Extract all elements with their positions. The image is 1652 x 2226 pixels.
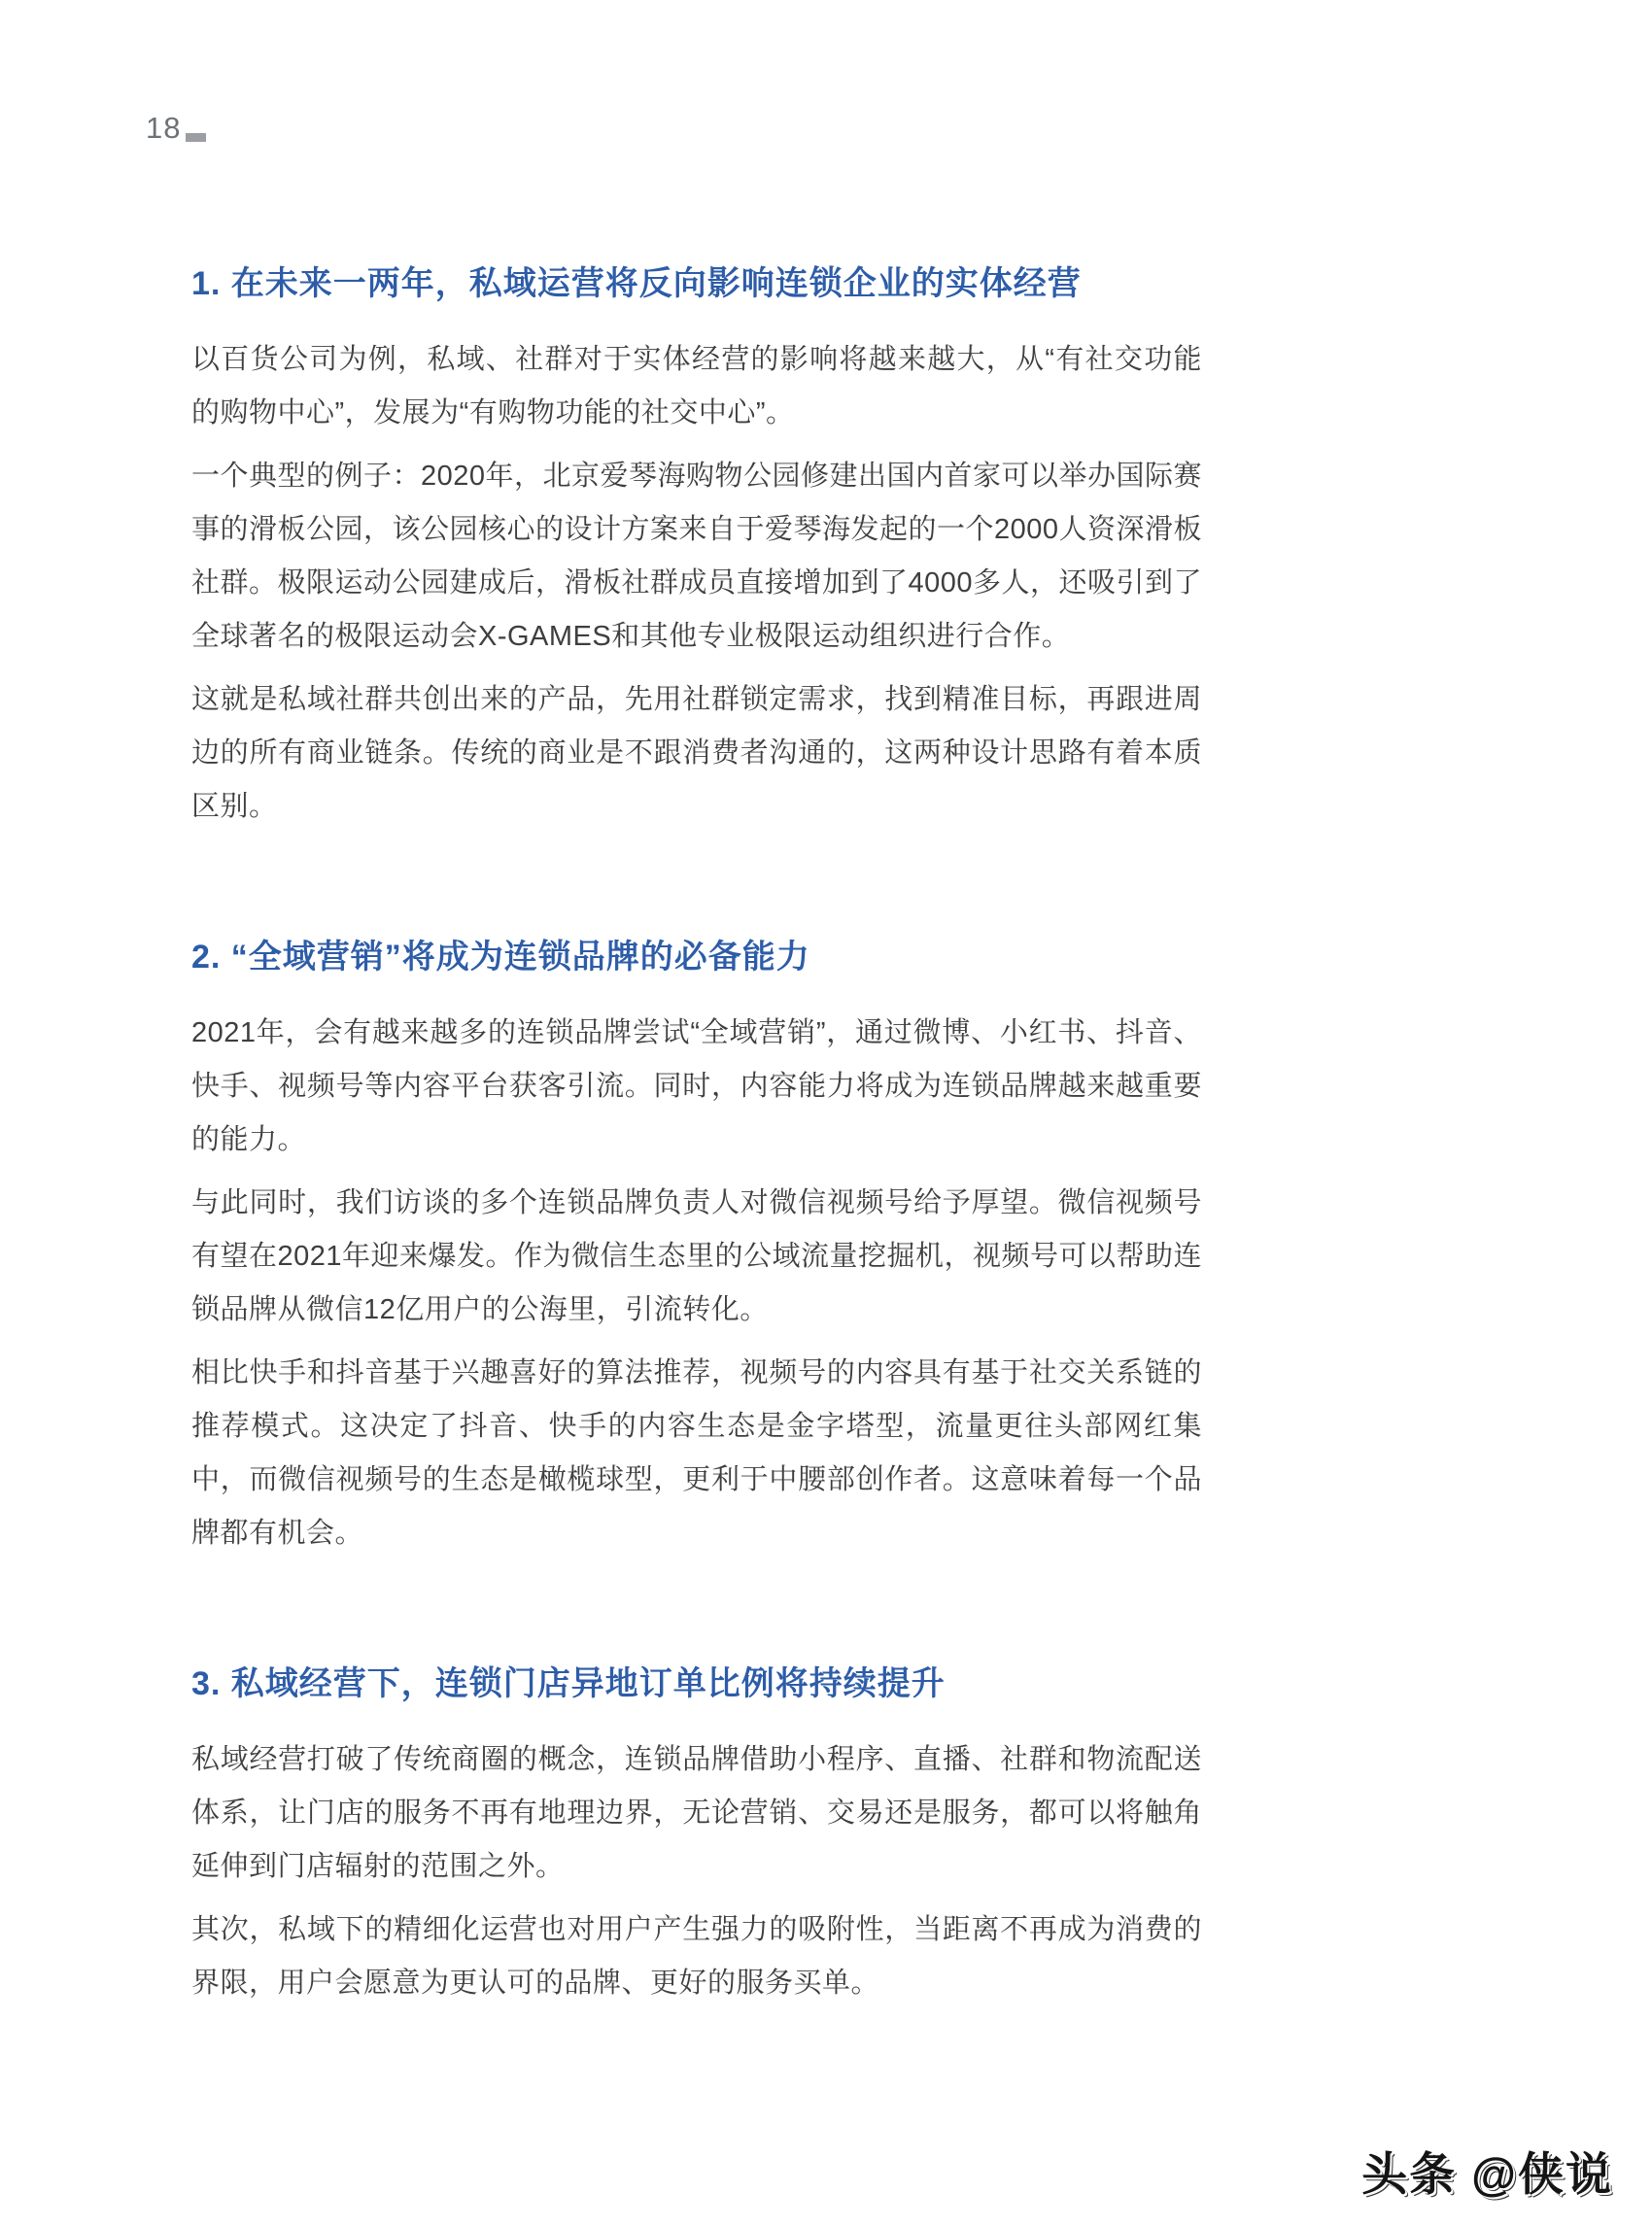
section-3-paragraph-1: 私域经营打破了传统商圈的概念，连锁品牌借助小程序、直播、社群和物流配送体系，让门… [191, 1733, 1202, 1894]
section-1-heading: 1. 在未来一两年，私域运营将反向影响连锁企业的实体经营 [191, 257, 1202, 311]
section-2-paragraph-1: 2021年，会有越来越多的连锁品牌尝试“全域营销”，通过微博、小红书、抖音、快手… [191, 1007, 1202, 1167]
section-1-paragraph-1: 以百货公司为例，私域、社群对于实体经营的影响将越来越大，从“有社交功能的购物中心… [191, 333, 1202, 440]
section-1: 1. 在未来一两年，私域运营将反向影响连锁企业的实体经营 以百货公司为例，私域、… [191, 257, 1202, 834]
section-3: 3. 私域经营下，连锁门店异地订单比例将持续提升 私域经营打破了传统商圈的概念，… [191, 1658, 1202, 2010]
document-page: 18 1. 在未来一两年，私域运营将反向影响连锁企业的实体经营 以百货公司为例，… [0, 0, 1652, 2226]
section-2-heading: 2. “全域营销”将成为连锁品牌的必备能力 [191, 931, 1202, 984]
section-2-paragraph-3: 相比快手和抖音基于兴趣喜好的算法推荐，视频号的内容具有基于社交关系链的推荐模式。… [191, 1347, 1202, 1560]
section-1-paragraph-2: 一个典型的例子：2020年，北京爱琴海购物公园修建出国内首家可以举办国际赛事的滑… [191, 450, 1202, 664]
section-2: 2. “全域营销”将成为连锁品牌的必备能力 2021年，会有越来越多的连锁品牌尝… [191, 931, 1202, 1560]
watermark-text: 头条 @侠说 [1361, 2139, 1613, 2204]
section-3-paragraph-2: 其次，私域下的精细化运营也对用户产生强力的吸附性，当距离不再成为消费的界限，用户… [191, 1903, 1202, 2010]
section-1-paragraph-3: 这就是私域社群共创出来的产品，先用社群锁定需求，找到精准目标，再跟进周边的所有商… [191, 673, 1202, 834]
page-number: 18 [146, 113, 181, 143]
section-2-paragraph-2: 与此同时，我们访谈的多个连锁品牌负责人对微信视频号给予厚望。微信视频号有望在20… [191, 1177, 1202, 1337]
section-3-heading: 3. 私域经营下，连锁门店异地订单比例将持续提升 [191, 1658, 1202, 1711]
page-content: 1. 在未来一两年，私域运营将反向影响连锁企业的实体经营 以百货公司为例，私域、… [191, 0, 1202, 2010]
